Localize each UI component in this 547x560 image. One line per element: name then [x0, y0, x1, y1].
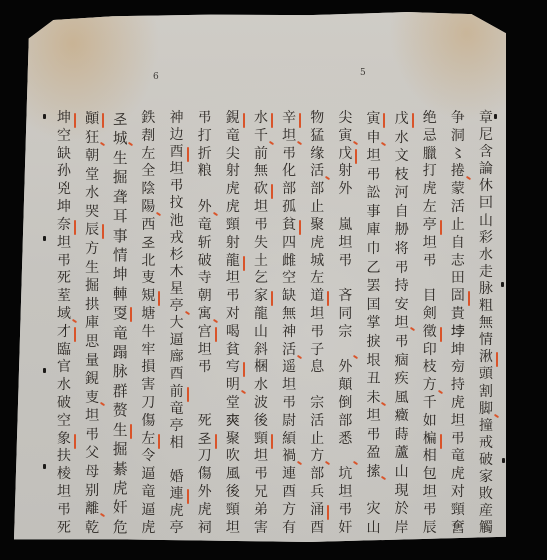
character: 刱 — [390, 221, 414, 240]
character: 象 — [52, 431, 76, 449]
character: 情 — [474, 332, 498, 349]
character: 棞 — [249, 359, 273, 377]
character: 狂 — [80, 129, 104, 148]
character: 禍 — [277, 448, 301, 466]
character: 寅 — [333, 128, 357, 146]
character: 割 — [474, 384, 498, 401]
character: 臨 — [52, 342, 76, 360]
margin-dot — [43, 114, 46, 119]
character: 方 — [305, 448, 329, 466]
character: 虎 — [108, 479, 132, 498]
character: 逼 — [136, 466, 160, 484]
character: 水 — [80, 184, 104, 203]
character: 𣳎 — [333, 448, 357, 466]
character: 坦 — [305, 306, 329, 324]
character: 𧝹 — [193, 181, 217, 199]
character: 走 — [474, 264, 498, 281]
character: 弔 — [333, 253, 357, 271]
character: 疾 — [390, 370, 414, 389]
character: 産 — [474, 503, 498, 520]
character: 西 — [136, 217, 160, 235]
character: 脉 — [108, 362, 132, 381]
character: 朝 — [193, 288, 217, 306]
character: 活 — [305, 163, 329, 181]
character: 坦 — [333, 235, 357, 253]
character: 掌 — [361, 314, 385, 333]
character: 生 — [80, 259, 104, 278]
character: 𣳎 — [361, 482, 385, 501]
character: 弔 — [446, 431, 470, 449]
character: 弔 — [305, 324, 329, 342]
character: 部 — [305, 181, 329, 199]
character: 缘 — [305, 146, 329, 164]
character: 叓 — [80, 389, 104, 408]
character: 竜 — [108, 324, 132, 343]
character: 坦 — [249, 199, 273, 217]
character: 相 — [418, 448, 442, 466]
character: 含 — [474, 144, 498, 161]
character: 頭 — [474, 366, 498, 383]
character: 虎 — [418, 181, 442, 199]
character: 尖 — [333, 110, 357, 128]
character: 論 — [474, 161, 498, 178]
character: 坦 — [418, 484, 442, 502]
character: 神 — [277, 324, 301, 342]
character: 枝 — [418, 359, 442, 377]
character: 敗 — [474, 486, 498, 503]
character: 喝 — [221, 324, 245, 342]
character: 星 — [165, 281, 189, 298]
character: 奈 — [52, 217, 76, 235]
character: 戒 — [474, 435, 498, 452]
character: 粮 — [193, 163, 217, 181]
character: 止 — [446, 217, 470, 235]
character: 兄 — [249, 484, 273, 502]
character: 坦 — [52, 484, 76, 502]
character: 悉 — [333, 431, 357, 449]
character: 射 — [333, 163, 357, 181]
character: 奸 — [108, 498, 132, 517]
character: 傷 — [136, 413, 160, 431]
character: 生 — [108, 149, 132, 168]
text-column: 鉄剨左全陰陽西𢀖北叓䂓塘牛牢損害刀傷左令逼竜逼虎 — [136, 110, 160, 538]
character: 猛 — [305, 128, 329, 146]
character: 鉄 — [136, 110, 160, 128]
character: 尖 — [221, 146, 245, 164]
character: 射 — [221, 235, 245, 253]
character: 癥 — [390, 407, 414, 426]
character: 虎 — [221, 199, 245, 217]
character: 如 — [418, 413, 442, 431]
character: 方 — [418, 377, 442, 395]
character: 堂 — [221, 395, 245, 413]
character: 坦 — [277, 377, 301, 395]
character: 耳 — [108, 207, 132, 226]
character: 𢀖 — [193, 431, 217, 449]
character: 破 — [193, 253, 217, 271]
character: 聚 — [305, 217, 329, 235]
character: 𢷋 — [193, 377, 217, 395]
character: 田 — [446, 270, 470, 288]
character: 弔 — [80, 426, 104, 445]
character: 兇 — [52, 181, 76, 199]
character: 𧴱 — [333, 199, 357, 217]
text-column: 鋧竜尖射虎虎頸射龍坦弔对喝貧㝍明堂𡙁聚吹風後頸坦 — [221, 110, 245, 538]
character: 聋 — [108, 188, 132, 207]
character: 刀 — [193, 448, 217, 466]
character: 辰 — [418, 520, 442, 538]
character: 戊 — [390, 110, 414, 129]
character: 頸 — [221, 502, 245, 520]
text-column: 戊水文枝河自刱将弔持安坦弔痼疾風癥蒔蘆山現於岸 — [390, 110, 414, 537]
character: 坦 — [80, 407, 104, 426]
character: 掘 — [80, 277, 104, 296]
character: 左 — [136, 146, 160, 164]
character: 㝍 — [221, 359, 245, 377]
character: 無 — [277, 306, 301, 324]
character: 争 — [446, 110, 470, 128]
character: 自 — [390, 203, 414, 222]
character: 左 — [305, 270, 329, 288]
character: 持 — [390, 277, 414, 296]
character: 域 — [52, 306, 76, 324]
character: 害 — [136, 377, 160, 395]
character: 水 — [52, 377, 76, 395]
character: 罢 — [361, 277, 385, 296]
character: 孤 — [277, 199, 301, 217]
character: 山 — [361, 519, 385, 538]
character: 弟 — [249, 502, 273, 520]
character: 洞 — [446, 128, 470, 146]
character: 庫 — [361, 221, 385, 240]
character: 貧 — [277, 217, 301, 235]
character: 山 — [249, 324, 273, 342]
character: 弔 — [361, 426, 385, 445]
character: 坤 — [52, 110, 76, 128]
character: 活 — [446, 199, 470, 217]
character: 𣳎 — [333, 270, 357, 288]
character: 現 — [390, 482, 414, 501]
character: 掘 — [108, 168, 132, 187]
character: 死 — [52, 520, 76, 538]
character: 外 — [333, 181, 357, 199]
character: 部 — [333, 413, 357, 431]
character: 蒔 — [390, 426, 414, 445]
character: 量 — [80, 352, 104, 371]
character: 䡛 — [108, 285, 132, 304]
character: 綦 — [108, 460, 132, 479]
character: 刀 — [136, 395, 160, 413]
character: 城 — [108, 129, 132, 148]
character: 物 — [305, 110, 329, 128]
character: 赘 — [108, 401, 132, 420]
character: 痼 — [390, 352, 414, 371]
character: 頸 — [249, 431, 273, 449]
character: 後 — [221, 484, 245, 502]
character: 虎 — [446, 466, 470, 484]
text-column: 寅申坦弔訟事庫巾乙罢囯掌捩垠丑未坦弔盈𢱢𣳎灾山 — [361, 110, 385, 537]
character: 外 — [193, 199, 217, 217]
character: 無 — [474, 315, 498, 332]
character: 事 — [108, 227, 132, 246]
margin-dot — [43, 464, 46, 469]
character: 外 — [333, 359, 357, 377]
character: 楄 — [418, 431, 442, 449]
character: 臘 — [418, 146, 442, 164]
character: 止 — [305, 431, 329, 449]
character: 叓 — [136, 270, 160, 288]
character: 酉 — [277, 484, 301, 502]
character: 庫 — [80, 314, 104, 333]
character: 脉 — [474, 281, 498, 298]
character: 廍 — [165, 349, 189, 366]
character: 掘 — [108, 440, 132, 459]
character: 𦯿 — [333, 342, 357, 360]
character: 抆 — [165, 195, 189, 212]
character: 顚 — [80, 110, 104, 129]
character: 山 — [390, 463, 414, 482]
character: 才 — [52, 324, 76, 342]
character: 弔 — [418, 502, 442, 520]
character: 灾 — [361, 500, 385, 519]
character: 水 — [390, 129, 414, 148]
character: 失 — [249, 235, 273, 253]
character: 雌 — [277, 253, 301, 271]
character: 坦 — [446, 413, 470, 431]
character: 丑 — [361, 370, 385, 389]
character: 訟 — [361, 184, 385, 203]
character: 坦 — [390, 314, 414, 333]
character: 前 — [165, 384, 189, 401]
character: 𡚒 — [446, 520, 470, 538]
character: 绝 — [418, 110, 442, 128]
character: 後 — [249, 413, 273, 431]
character: 水 — [474, 247, 498, 264]
character: 䋶 — [277, 431, 301, 449]
character: 頸 — [221, 217, 245, 235]
character: 逼 — [136, 502, 160, 520]
character: 止 — [305, 199, 329, 217]
manuscript-scan: 6 5 章尼含論休囙山彩水走脉粗無情湫頭割脚撞戒破家敗産觸争洞〻捲蒙活止自志田圁… — [0, 0, 547, 560]
character: 方 — [80, 240, 104, 259]
character: 𢷋 — [418, 270, 442, 288]
character: 頸 — [446, 502, 470, 520]
character: 聚 — [221, 431, 245, 449]
character: 辛 — [277, 110, 301, 128]
character: 婚 — [165, 469, 189, 486]
character: 陰 — [136, 181, 160, 199]
character: 亭 — [165, 298, 189, 315]
character: 虎 — [136, 520, 160, 538]
character: 申 — [361, 129, 385, 148]
character: 彩 — [474, 230, 498, 247]
character: 涌 — [305, 502, 329, 520]
character: 大 — [165, 315, 189, 332]
character: 巾 — [361, 240, 385, 259]
character: 剣 — [418, 306, 442, 324]
character: 水 — [249, 110, 273, 128]
text-column: 章尼含論休囙山彩水走脉粗無情湫頭割脚撞戒破家敗産觸 — [474, 110, 498, 537]
character: 四 — [277, 235, 301, 253]
character: 坦 — [193, 342, 217, 360]
character: 傷 — [193, 466, 217, 484]
character: 拱 — [80, 296, 104, 315]
character: 弔 — [390, 333, 414, 352]
character: 竜 — [446, 448, 470, 466]
character: 子 — [305, 342, 329, 360]
character: 顛 — [333, 377, 357, 395]
character: 〻 — [446, 146, 470, 164]
character: 盈 — [361, 444, 385, 463]
character: 坦 — [52, 235, 76, 253]
character: 坦 — [361, 147, 385, 166]
character: 虎 — [305, 235, 329, 253]
character: 空 — [277, 270, 301, 288]
character: 坦 — [361, 407, 385, 426]
character: 垠 — [361, 352, 385, 371]
character: 宗 — [305, 395, 329, 413]
margin-dot — [502, 458, 505, 463]
character: 𡋯 — [446, 324, 470, 342]
character: 倒 — [333, 395, 357, 413]
character: 虎 — [193, 502, 217, 520]
character: 母 — [80, 463, 104, 482]
character: 風 — [221, 466, 245, 484]
character: 弔 — [193, 359, 217, 377]
character: 乞 — [249, 270, 273, 288]
character: 酉 — [165, 366, 189, 383]
character: 弔 — [333, 502, 357, 520]
character: 無 — [249, 163, 273, 181]
character: 休 — [474, 178, 498, 195]
character: 奸 — [333, 520, 357, 538]
character: 弔 — [165, 178, 189, 195]
character: 水 — [249, 377, 273, 395]
character: 鋧 — [221, 110, 245, 128]
character: 乾 — [80, 519, 104, 538]
character: 弔 — [277, 146, 301, 164]
character: 折 — [193, 146, 217, 164]
character: 𢀖 — [108, 110, 132, 129]
character: 尉 — [277, 413, 301, 431]
character: 波 — [249, 395, 273, 413]
character: 忌 — [418, 128, 442, 146]
character: 乙 — [361, 259, 385, 278]
character: 山 — [474, 213, 498, 230]
character: 寺 — [193, 270, 217, 288]
character: 章 — [474, 110, 498, 127]
character: 弔 — [390, 259, 414, 278]
character: 坦 — [249, 448, 273, 466]
character: 𡭃 — [305, 377, 329, 395]
character: 囯 — [361, 296, 385, 315]
character: 坤 — [108, 265, 132, 284]
character: 虎 — [446, 395, 470, 413]
character: 脚 — [474, 401, 498, 418]
text-column: 水千前無砍坦弔失土乞家龍山斜棞水波後頸坦弔兄弟害 — [249, 110, 273, 538]
character: 对 — [221, 306, 245, 324]
character: 圁 — [446, 288, 470, 306]
character: 缺 — [52, 146, 76, 164]
character: 空 — [52, 128, 76, 146]
character: 对 — [446, 484, 470, 502]
character: 虎 — [221, 181, 245, 199]
character: 杉 — [165, 247, 189, 264]
character: 破 — [52, 395, 76, 413]
character: 缺 — [277, 288, 301, 306]
character: 河 — [390, 184, 414, 203]
character: 竜 — [165, 401, 189, 418]
character: 連 — [165, 486, 189, 503]
character: 左 — [418, 199, 442, 217]
character: 連 — [277, 466, 301, 484]
character: 牛 — [136, 324, 160, 342]
character: 弔 — [52, 253, 76, 271]
character: 𢱢 — [361, 463, 385, 482]
character: 撞 — [474, 418, 498, 435]
character: 𧨳 — [165, 452, 189, 469]
character: 孙 — [52, 163, 76, 181]
text-column: 𢀖城生掘聋耳事情坤䡛㪅竜蹋脉群赘生掘綦虎奸危 — [108, 110, 132, 537]
character: 酉 — [165, 144, 189, 161]
character: 化 — [277, 163, 301, 181]
character: 活 — [305, 413, 329, 431]
character: 捲 — [446, 163, 470, 181]
text-column: 绝忌臘打虎左亭坦弔𢷋目剣徵印枝方千如楄相包坦弔辰 — [418, 110, 442, 538]
character: 𢀖 — [136, 235, 160, 253]
character: 弔 — [52, 502, 76, 520]
character: 坦 — [221, 520, 245, 538]
character: 坦 — [221, 270, 245, 288]
character: 害 — [249, 520, 273, 538]
page-number-right: 5 — [360, 68, 366, 78]
character: 於 — [390, 500, 414, 519]
character: 吝 — [333, 288, 357, 306]
character: 左 — [136, 431, 160, 449]
character: 徵 — [418, 324, 442, 342]
character: 逼 — [165, 332, 189, 349]
character: 㪅 — [108, 304, 132, 323]
character: 辰 — [80, 221, 104, 240]
character: 打 — [193, 128, 217, 146]
character: 令 — [136, 448, 160, 466]
character: 活 — [277, 342, 301, 360]
character: 竜 — [221, 128, 245, 146]
character: 竜 — [136, 484, 160, 502]
character: 㫄 — [446, 359, 470, 377]
character: 戊 — [333, 146, 357, 164]
character: 坤 — [446, 342, 470, 360]
character: 哭 — [80, 203, 104, 222]
character: 情 — [108, 246, 132, 265]
character: 枝 — [390, 166, 414, 185]
margin-dot — [43, 236, 46, 241]
text-column: 尖寅戊射外𧴱嵐坦弔𣳎吝同宗𦯿外顛倒部悉𣳎坑坦弔奸 — [333, 110, 357, 538]
character: 觸 — [474, 520, 498, 537]
text-column: 神边酉坦弔抆池戎杉木星亭大逼廍酉前竜亭相𧨳婚連虎亭 — [165, 110, 189, 537]
character: 群 — [108, 382, 132, 401]
character: 危 — [108, 518, 132, 537]
character: 寓 — [193, 306, 217, 324]
character: 扶 — [52, 448, 76, 466]
character: 捩 — [361, 333, 385, 352]
character: 虎 — [165, 503, 189, 520]
character: 亭 — [418, 217, 442, 235]
page-number-left: 6 — [153, 72, 159, 82]
character: 神 — [165, 110, 189, 127]
character: 将 — [390, 240, 414, 259]
character: 坦 — [418, 235, 442, 253]
